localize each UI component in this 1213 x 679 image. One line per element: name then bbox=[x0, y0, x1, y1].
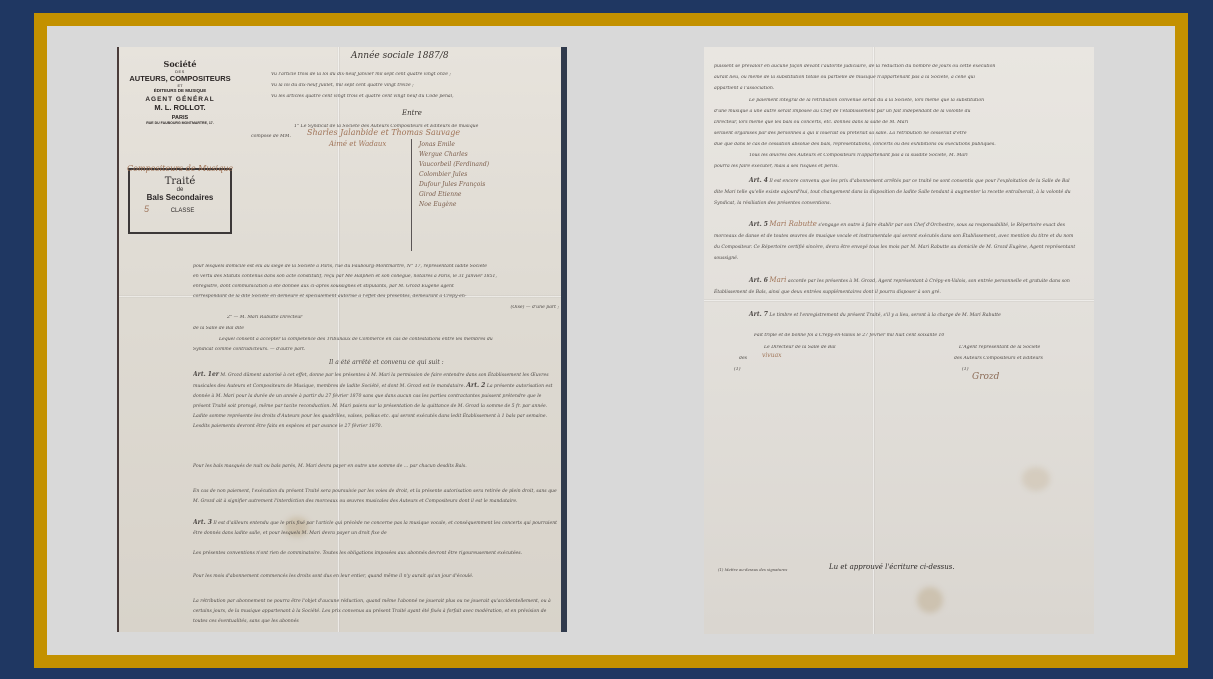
preamble-line: Vu la loi du dix-neuf Juillet, mil sept … bbox=[271, 83, 531, 88]
signature-left-note: (1) bbox=[734, 367, 754, 372]
body-line: seraient organisés par des personnes à q… bbox=[714, 131, 1079, 136]
document-title: Année sociale 1887/8 bbox=[351, 51, 449, 61]
document-page-left: Société DES AUTEURS, COMPOSITEURS ET ÉDI… bbox=[117, 47, 567, 632]
article-label: Art. 7 bbox=[749, 311, 768, 318]
document-page-right: puissent se prévaloir en aucune façon de… bbox=[704, 47, 1094, 634]
article-para: La rétribution par abonnement ne pourra … bbox=[193, 597, 558, 629]
body-line: puissent se prévaloir en aucune façon de… bbox=[714, 64, 1079, 69]
compositeurs-label: Compositeurs de Musique bbox=[127, 164, 233, 173]
article-para: Pour les bals masqués de nuit ou bals pa… bbox=[193, 462, 558, 482]
article-text: s'engage en outre à faire établir par so… bbox=[714, 223, 1075, 261]
body-line: d'une musique à une autre serait imposée… bbox=[714, 109, 1079, 114]
member-name: Dufour Jules François bbox=[419, 180, 489, 190]
body-line: pour lesquels domicile est élu au siège … bbox=[193, 264, 558, 269]
stain bbox=[917, 587, 943, 613]
member-name: Vaucorbeil (Ferdinand) bbox=[419, 160, 489, 170]
article-3: Art. 3 Il est d'ailleurs entendu que le … bbox=[193, 518, 558, 548]
article-label: Art. 3 bbox=[193, 519, 212, 526]
handwritten-names: Aimé et Wadaux bbox=[329, 140, 386, 148]
member-name: Wergue Charles bbox=[419, 150, 489, 160]
header-line: ÉDITEURS DE MUSIQUE bbox=[119, 88, 241, 93]
signature-left-title: Le Directeur de la Salle de Bal bbox=[764, 345, 874, 350]
traite-box: Traité de Bals Secondaires 5 CLASSE bbox=[128, 168, 232, 234]
traite-class: 5 CLASSE bbox=[130, 204, 230, 214]
body-line: Le paiement intégral de la rétribution c… bbox=[749, 98, 1079, 103]
header-line: M. L. ROLLOT. bbox=[119, 103, 241, 112]
body-line: Lequel consent à accepter la compétence … bbox=[219, 337, 559, 342]
body-line: appartient à l'association. bbox=[714, 86, 1079, 91]
traite-subtitle: Bals Secondaires bbox=[130, 193, 230, 202]
handwritten-name: Mari Rabutte bbox=[769, 220, 817, 228]
article-1-2: Art. 1er M. Grozd dûment autorisé à cet … bbox=[193, 370, 558, 442]
names-bracket bbox=[411, 139, 412, 251]
article-label: Art. 5 bbox=[749, 221, 768, 228]
traite-title: Traité bbox=[130, 176, 230, 187]
entre-heading: Entre bbox=[402, 109, 422, 117]
header-line: AUTEURS, COMPOSITEURS bbox=[119, 74, 241, 83]
article-label: Art. 4 bbox=[749, 177, 768, 184]
member-name: Girod Etienne bbox=[419, 190, 489, 200]
article-5: Art. 5 Mari Rabutte s'engage en outre à … bbox=[714, 219, 1079, 274]
header-line: RUE DU FAUBOURG MONTMARTRE, 17. bbox=[119, 121, 241, 125]
signature-left-des: des bbox=[739, 356, 759, 361]
article-para: En cas de non paiement, l'exécution du p… bbox=[193, 487, 558, 517]
body-line: due que dans le cas de cessation absolue… bbox=[714, 142, 1079, 147]
article-4: Art. 4 Il est encore convenu que les pri… bbox=[714, 175, 1079, 217]
header-line: AGENT GÉNÉRAL bbox=[119, 96, 241, 103]
body-line: Directeur, lors même que les bals ou con… bbox=[714, 120, 1079, 125]
body-line: de la Salle de Bal dite bbox=[193, 326, 558, 331]
member-name: Jonas Emile bbox=[419, 140, 489, 150]
body-line: aurait lieu, ou même de la substitution … bbox=[714, 75, 1079, 80]
signature-right-title2: des Auteurs Compositeurs et Éditeurs bbox=[954, 356, 1089, 361]
stain bbox=[1022, 467, 1050, 491]
signature-right-hand: Grozd bbox=[972, 372, 999, 382]
class-label: CLASSE bbox=[171, 208, 195, 214]
member-name: Noe Eugène bbox=[419, 200, 489, 210]
article-text: accorde par les présentes à M. Grozd, Ag… bbox=[714, 279, 1070, 295]
body-line: enregistré, dont communication a été don… bbox=[193, 284, 558, 289]
body-line: correspondant de la dite Société en deme… bbox=[193, 294, 558, 299]
footnote-text: Lu et approuvé l'écriture ci-dessus. bbox=[829, 563, 999, 571]
preamble-line: Vu l'article trois de la loi du dix-neuf… bbox=[271, 72, 531, 77]
compose-label: composé de MM. bbox=[251, 134, 301, 139]
society-header: Société DES AUTEURS, COMPOSITEURS ET ÉDI… bbox=[119, 59, 241, 125]
footnote-prefix: (1) Mettre au-dessus des signatures bbox=[718, 567, 828, 572]
article-text: Il est d'ailleurs entendu que le prix fi… bbox=[193, 521, 557, 536]
class-number: 5 bbox=[144, 204, 149, 214]
body-line: Tous les œuvres des Auteurs et Composite… bbox=[749, 153, 1079, 158]
body-line: en vertu des Statuts contenus dans son a… bbox=[193, 274, 558, 279]
header-line: Société bbox=[119, 59, 241, 69]
body-line: 2° — M. Mari Rabutte Directeur bbox=[227, 315, 559, 320]
article-label: Art. 2 bbox=[466, 382, 485, 389]
article-label: Art. 6 bbox=[749, 277, 768, 284]
signature-left-hand: vivuax bbox=[762, 352, 782, 359]
member-names: Jonas Emile Wergue Charles Vaucorbeil (F… bbox=[419, 140, 489, 210]
closing-line: Fait triple et de bonne foi à Crépy-en-V… bbox=[754, 333, 1079, 338]
article-para: Pour les mois d'abonnement commencés les… bbox=[193, 572, 558, 592]
preamble-line: Vu les articles quatre cent vingt trois … bbox=[271, 94, 531, 99]
article-text: La présente autorisation est donnée à M.… bbox=[193, 384, 552, 429]
handwritten-names: Sharles Jalanbide et Thomas Sauvage bbox=[307, 128, 460, 137]
article-7: Art. 7 Le timbre et l'enregistrement du … bbox=[714, 309, 1079, 331]
body-line: pourra les faire exécuter, mais à ses ri… bbox=[714, 164, 1079, 169]
member-name: Colombier Jules bbox=[419, 170, 489, 180]
body-line: (Oise) — d'une part ; bbox=[389, 305, 559, 310]
handwritten-name: Mari bbox=[769, 276, 786, 284]
article-text: Le timbre et l'enregistrement du présent… bbox=[769, 313, 1000, 318]
article-6: Art. 6 Mari accorde par les présentes à … bbox=[714, 275, 1079, 308]
article-text: Il est encore convenu que les prix d'abo… bbox=[714, 179, 1071, 206]
article-para: Les présentes conventions n'ont rien de … bbox=[193, 549, 558, 569]
arrete-heading: Il a été arrêté et convenu ce qui suit : bbox=[329, 359, 529, 366]
signature-right-title: L'Agent représentant de la Société bbox=[959, 345, 1094, 350]
article-label: Art. 1er bbox=[193, 371, 219, 378]
body-line: Syndicat comme contradicteurs. — d'autre… bbox=[193, 347, 558, 352]
